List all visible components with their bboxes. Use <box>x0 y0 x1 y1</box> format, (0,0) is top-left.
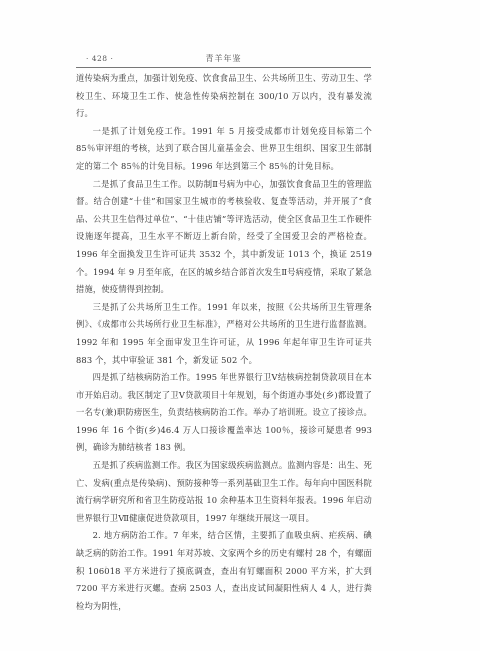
header-rule <box>76 67 371 68</box>
paragraph-endemic-disease: 2. 地方病防治工作。7 年来，结合区情，主要抓了血吸虫病、疟疾病、碘缺乏病的防… <box>76 527 372 615</box>
book-title: 青羊年鉴 <box>76 53 371 64</box>
paragraph-food-hygiene: 二是抓了食品卫生工作。以防制Ⅱ号病为中心，加强饮食食品卫生的管理监督。结合创建“… <box>76 176 372 299</box>
scan-speck <box>105 566 107 568</box>
paragraph-disease-monitoring: 五是抓了疾病监测工作。我区为国家级疾病监测点。监测内容是：出生、死亡、发病(重点… <box>76 457 372 527</box>
body-text: 道传染病为重点，加强计划免疫、饮食食品卫生、公共场所卫生、劳动卫生、学校卫生、环… <box>76 70 372 615</box>
document-page: · 428 · 青羊年鉴 道传染病为重点，加强计划免疫、饮食食品卫生、公共场所卫… <box>0 0 480 651</box>
paragraph-continuation: 道传染病为重点，加强计划免疫、饮食食品卫生、公共场所卫生、劳动卫生、学校卫生、环… <box>76 70 372 123</box>
running-header: · 428 · 青羊年鉴 <box>76 52 371 66</box>
paragraph-immunization: 一是抓了计划免疫工作。1991 年 5 月接受成都市计划免疫目标第二个 85％审… <box>76 123 372 176</box>
paragraph-public-places: 三是抓了公共场所卫生工作。1991 年以来，按照《公共场所卫生管理条例》、《成都… <box>76 299 372 369</box>
paragraph-tuberculosis: 四是抓了结核病防治工作。1995 年世界银行卫Ⅴ结核病控制贷款项目在本市开始启动… <box>76 369 372 457</box>
